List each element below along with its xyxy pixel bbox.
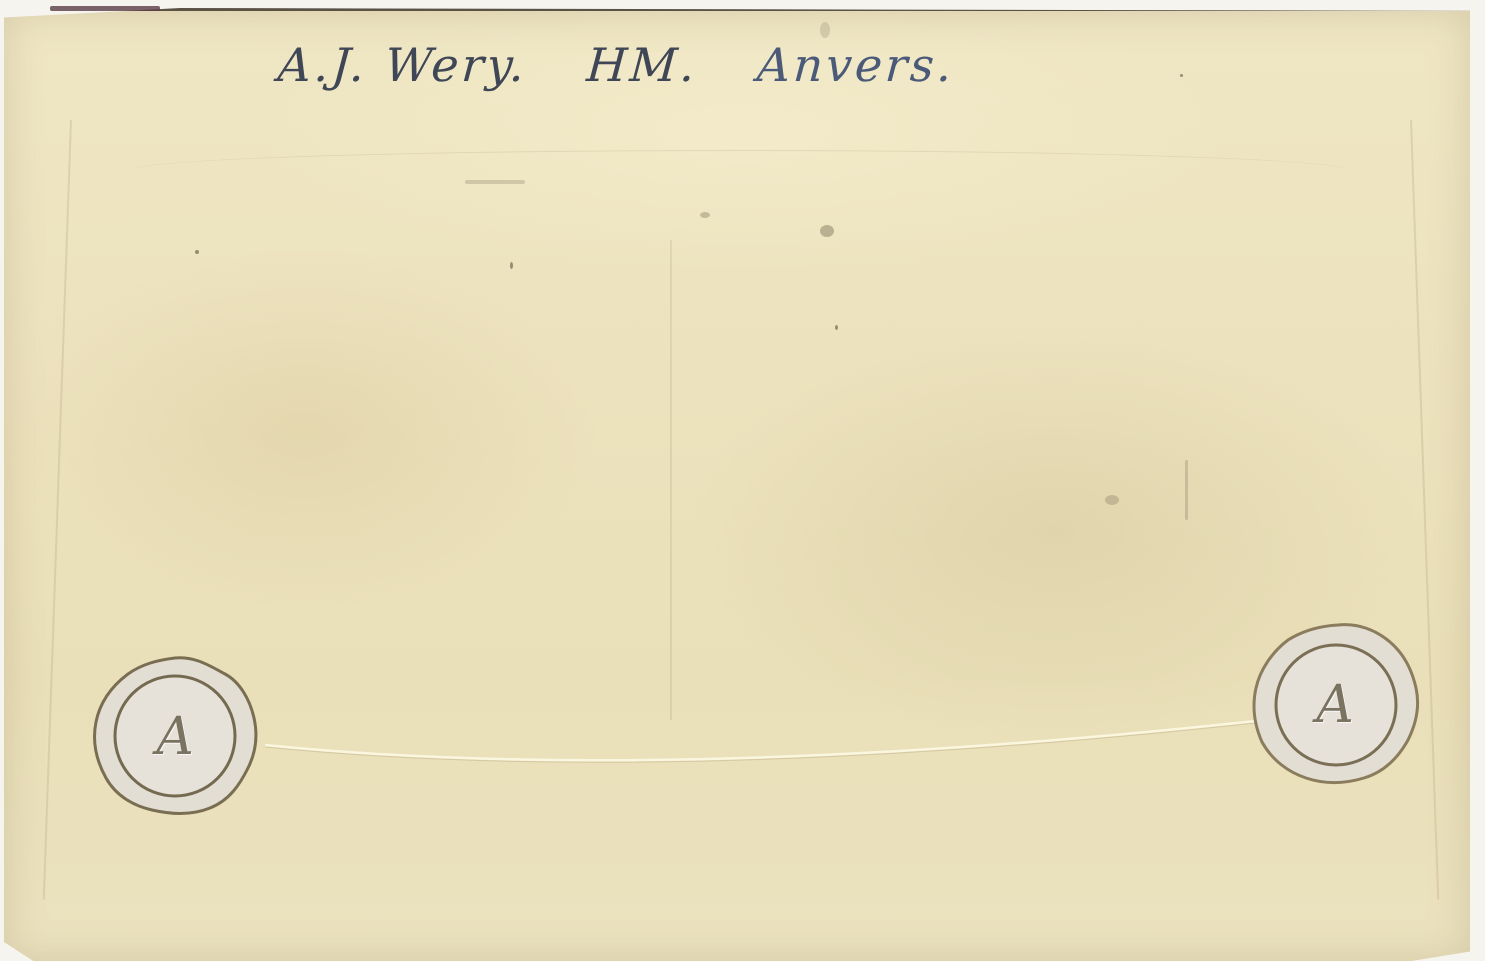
center-crease xyxy=(670,240,672,720)
handwritten-return-address: A.J. Wery. HM. Anvers. xyxy=(276,38,998,92)
speck xyxy=(820,225,834,237)
seal-monogram-a-icon: A xyxy=(1250,620,1420,785)
faint-postmark-trace xyxy=(465,180,525,184)
wax-seal-left: A xyxy=(90,652,260,817)
document-scan: A.J. Wery. HM. Anvers. A A xyxy=(0,0,1485,961)
sender-name: A.J. Wery. xyxy=(276,38,529,92)
stain xyxy=(820,22,830,38)
wax-seal-right: A xyxy=(1250,620,1420,785)
speck xyxy=(835,325,838,330)
edge-stain xyxy=(50,6,160,11)
speck xyxy=(510,262,513,269)
sender-initials: HM. xyxy=(585,38,700,92)
sender-city: Anvers. xyxy=(755,38,956,92)
speck xyxy=(195,250,199,254)
top-flap-edge xyxy=(130,150,1350,191)
speck xyxy=(700,212,710,218)
seal-monogram-a-icon: A xyxy=(90,652,260,817)
speck xyxy=(1180,74,1183,77)
speck xyxy=(1105,495,1119,505)
faint-postmark-trace xyxy=(1185,460,1188,520)
